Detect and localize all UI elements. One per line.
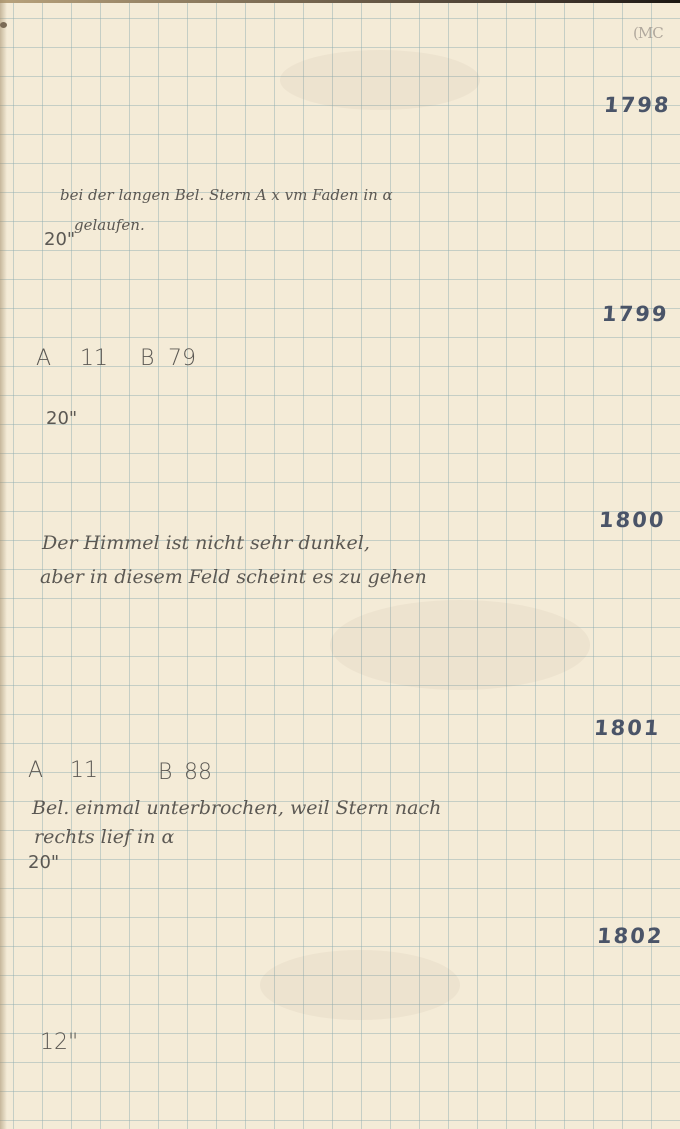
archive-stamp: (MC [633,24,663,42]
entry-note-line: aber in diesem Feld scheint es zu gehen [40,566,427,588]
binding-hole-mark [0,22,7,28]
entry-note-line: gelaufen. [74,216,145,234]
exposure-duration: 20" [44,229,75,250]
entry-note-line: Der Himmel ist nicht sehr dunkel, [42,532,370,554]
reading-b-value: 88 [184,760,212,785]
entry-note-line: bei der langen Bel. Stern A x vm Faden i… [60,186,393,204]
reading-a-label: A [28,758,43,783]
entry-number: 1802 [596,924,664,948]
entry-number: 1800 [598,508,666,532]
notebook-page: (MC 1798 bei der langen Bel. Stern A x v… [0,0,680,1129]
reading-a-label: A [36,346,51,371]
exposure-duration: 20" [46,408,77,429]
entry-note-line: rechts lief in α [34,826,174,848]
entry-number: 1801 [593,716,661,740]
entry-note-line: Bel. einmal unterbrochen, weil Stern nac… [32,797,441,819]
page-binding-edge [0,0,7,1129]
entry-number: 1799 [601,302,669,326]
reading-b-value: 79 [168,346,196,371]
paper-stain [280,50,480,110]
reading-b-label: B [140,346,154,371]
paper-stain [260,950,460,1020]
reading-a-value: 11 [80,346,108,371]
page-top-edge [0,0,680,3]
paper-stain [330,600,590,690]
exposure-duration: 20" [28,852,59,873]
entry-number: 1798 [603,93,671,117]
reading-a-value: 11 [70,758,98,783]
exposure-duration: 12" [40,1030,78,1055]
reading-b-label: B [158,760,172,785]
